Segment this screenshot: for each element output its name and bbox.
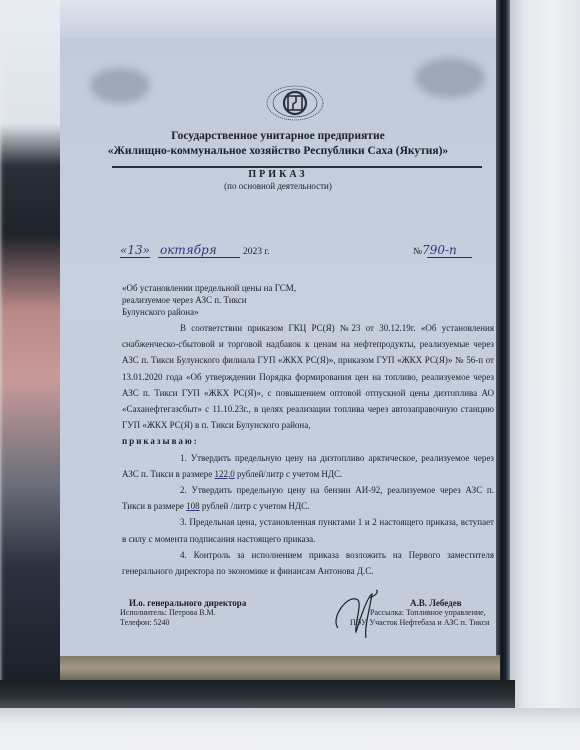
signature-block-left: И.о. генерального директора Исполнитель:… bbox=[120, 598, 246, 628]
order-item-4: 4. Контроль за исполнением приказа возло… bbox=[122, 547, 494, 579]
signature-block-right: А.В. Лебедев Рассылка: Топливное управле… bbox=[350, 598, 530, 628]
distribution: ПЭУ, Участок Нефтебаза и АЗС п. Тикси bbox=[350, 618, 530, 628]
smudge bbox=[90, 68, 150, 103]
organization-full-name: «Жилищно-коммунальное хозяйство Республи… bbox=[60, 145, 496, 157]
distribution: Рассылка: Топливное управление, bbox=[370, 608, 530, 618]
subject-line: «Об установлении предельной цены на ГСМ, bbox=[122, 282, 362, 294]
document-title: ПРИКАЗ bbox=[60, 169, 496, 180]
order-body: В соответствии приказом ГКЦ РС(Я) №23 от… bbox=[122, 320, 494, 579]
signatory-name: А.В. Лебедев bbox=[410, 598, 530, 608]
subject-line: Булунского района» bbox=[122, 306, 362, 318]
order-document: Государственное унитарное предприятие «Ж… bbox=[60, 38, 496, 656]
header-divider bbox=[112, 166, 482, 168]
date-day: «13» bbox=[120, 243, 150, 257]
order-word: приказываю: bbox=[122, 433, 494, 449]
preamble: В соответствии приказом ГКЦ РС(Я) №23 от… bbox=[122, 320, 494, 433]
order-item-1: 1. Утвердить предельную цену на дизтопли… bbox=[122, 450, 494, 482]
organization-name: Государственное унитарное предприятие bbox=[60, 130, 496, 142]
zhkh-emblem-icon bbox=[265, 84, 325, 122]
order-subject: «Об установлении предельной цены на ГСМ,… bbox=[122, 282, 362, 318]
signatory-role: И.о. генерального директора bbox=[129, 598, 246, 608]
order-number: №790-п bbox=[413, 243, 457, 257]
order-item-2: 2. Утвердить предельную цену на бензин А… bbox=[122, 482, 494, 514]
document-subtitle: (по основной деятельности) bbox=[60, 181, 496, 191]
phone: Телефон: 5240 bbox=[120, 618, 246, 628]
order-number-label: № bbox=[413, 247, 422, 257]
window-sill bbox=[0, 708, 580, 750]
date-year: 2023 г. bbox=[243, 247, 270, 257]
subject-line: реализуемое через АЗС п. Тикси bbox=[122, 294, 362, 306]
order-item-3: 3. Предельная цена, установленная пункта… bbox=[122, 514, 494, 546]
order-number-underline bbox=[427, 257, 472, 258]
date-row: «13» октября 2023 г. №790-п bbox=[60, 243, 496, 263]
executor: Исполнитель: Петрова В.М. bbox=[120, 608, 246, 618]
smudge bbox=[415, 58, 485, 98]
date-month: октября bbox=[160, 243, 217, 257]
window-frame bbox=[510, 0, 580, 750]
window-photo: Государственное унитарное предприятие «Ж… bbox=[0, 0, 580, 750]
order-number-value: 790-п bbox=[422, 243, 457, 257]
diesel-price: 122,0 bbox=[215, 469, 235, 479]
glass-pane bbox=[60, 0, 510, 40]
date-underline bbox=[120, 257, 150, 258]
window-frame-bottom bbox=[0, 680, 515, 708]
date-underline bbox=[158, 257, 240, 258]
petrol-price: 108 bbox=[186, 501, 200, 511]
window-sill-reflection bbox=[60, 655, 500, 680]
